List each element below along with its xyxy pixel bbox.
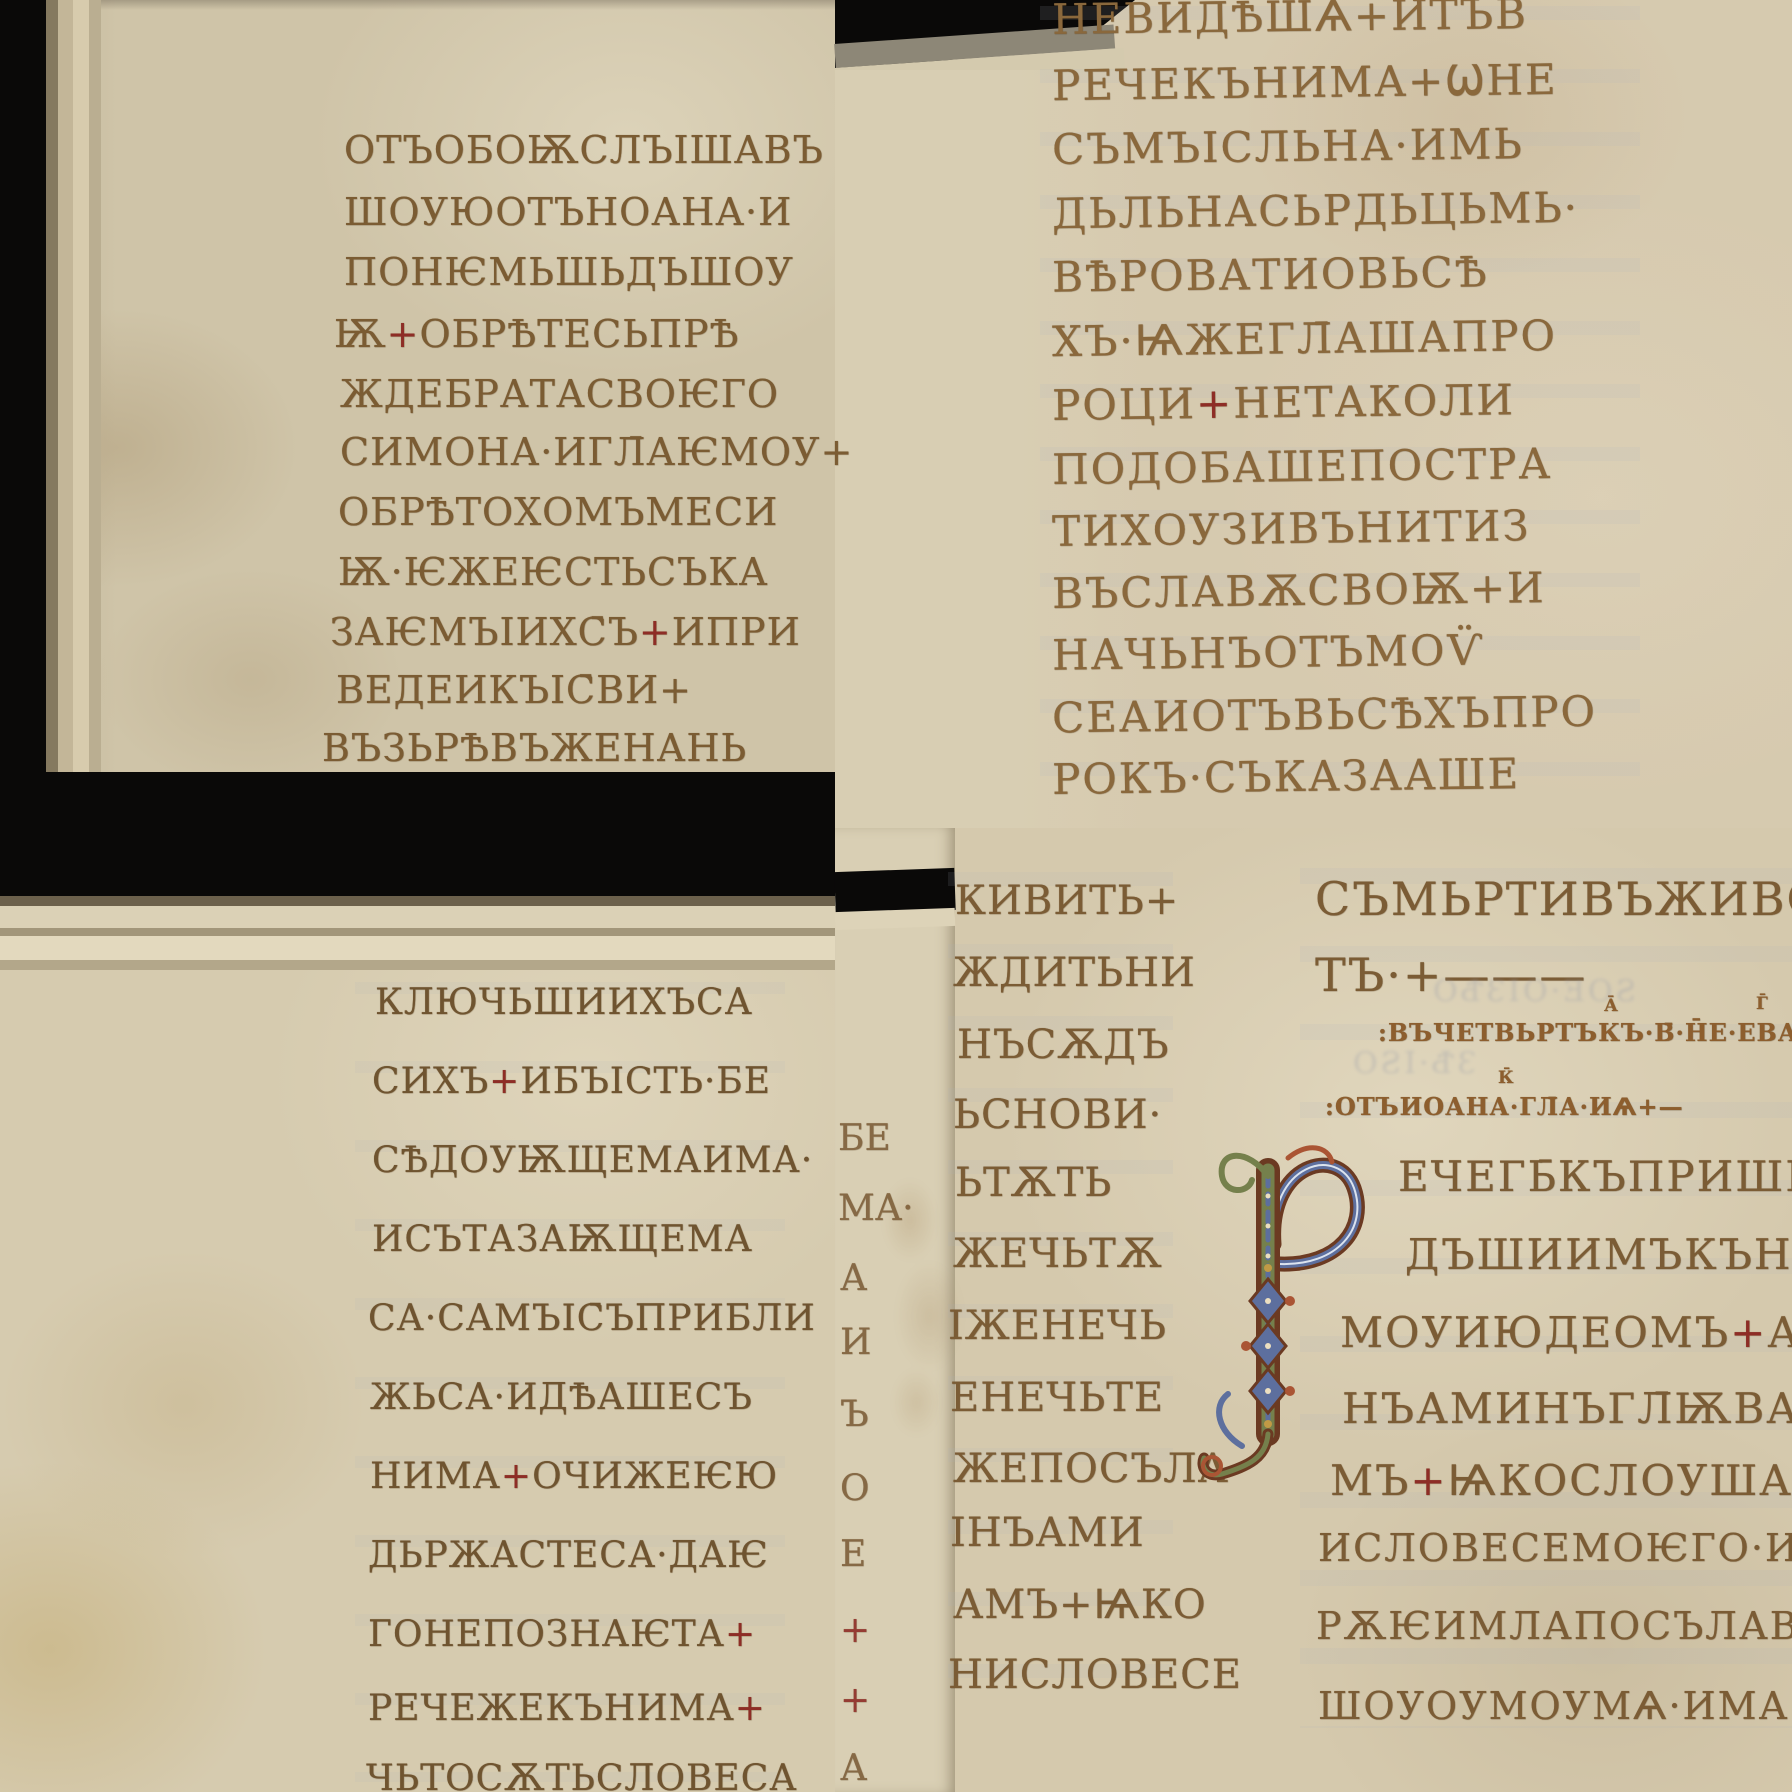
text-line: ЬТѪТЬ <box>955 1160 1112 1206</box>
text-line: СѢДОУѬЩЕМАИМА· <box>372 1140 813 1181</box>
text-line: ДЬРЖАСТЕСА·ДАѤ <box>368 1535 769 1576</box>
text-span: МЪ <box>1330 1456 1410 1505</box>
text-span: НИМА <box>370 1456 501 1497</box>
text-line: НИМА+ОЧИЖЕѤЮ <box>370 1456 778 1497</box>
text-span: ИПРИ <box>672 610 801 654</box>
text-span: ИБЪІСТЬ·БЕ <box>520 1061 771 1102</box>
page-edge-strip <box>58 0 73 772</box>
text-line: ЖДИТЬНИ <box>953 950 1196 996</box>
text-line: ПОНѤМЬШЬДЪШОУ <box>344 250 794 294</box>
text-line: ЬСНОВИ· <box>953 1092 1162 1138</box>
text-span: Ѭ <box>334 312 387 356</box>
text-span: ЗАѤМЪІИХС̄Ъ <box>330 610 639 654</box>
text-line: ЖЕЧЬТѪ <box>953 1231 1163 1277</box>
red-cross-mark: + <box>489 1061 520 1102</box>
edge-fragment: О <box>840 1468 870 1509</box>
text-line: ЕЧЕГЬ̄КЪПРИШЬ <box>1398 1152 1792 1201</box>
text-line: ЧЬТОСѪТЬСЛОВЕСА <box>366 1758 798 1792</box>
black-backdrop-left <box>0 0 46 772</box>
red-cross-mark: + <box>501 1456 532 1497</box>
text-line: ХЪ·ѨЖЕГЛ̄АШАПРО <box>1052 311 1557 366</box>
text-line: РОКЪ·СЪКАЗААШЕ <box>1052 749 1521 804</box>
text-line: ВЪСЛАВѪСВОѬ+И <box>1052 563 1546 618</box>
rubric-superscript: К̄ <box>1498 1068 1513 1088</box>
rubric-superscript: Г̄ <box>1756 994 1768 1014</box>
page-edge-strip <box>0 936 835 960</box>
text-span: ГОНЕПОЗНАѤТА <box>368 1614 725 1655</box>
text-line: НАЧЬНЪОТЪМОѴ̈ <box>1052 625 1485 679</box>
text-span: ОБРѢТЕСЬПРѢ <box>419 312 739 356</box>
text-line: ПОДОБАШЕПОСТРА <box>1052 439 1553 494</box>
text-line: ШОУЮОТЪНОАНА·И <box>344 190 792 234</box>
edge-fragment-red-cross: + <box>840 1610 870 1651</box>
text-line: ШОУОУМОУМѦ·ИМА <box>1318 1684 1789 1728</box>
text-line: МЪ+ѨКОСЛОУШАѨ <box>1330 1456 1792 1505</box>
black-backdrop-gutter <box>834 868 955 914</box>
text-line: ЕНЕЧЬТЕ <box>950 1375 1164 1421</box>
text-line: СИМОНА·ИГЛ̄АѤМОУ+ <box>340 430 853 474</box>
text-span: НЕТАКОЛИ <box>1233 375 1515 427</box>
edge-fragment-red-cross: + <box>840 1680 870 1721</box>
page-edge-strip <box>89 0 101 772</box>
text-line: РЕЧЕЖЕКЪНИМА+ <box>368 1688 766 1729</box>
text-line: СЕАИОТЪВЬСѢХЪПРО <box>1052 687 1597 743</box>
red-cross-mark: + <box>387 312 420 356</box>
page-edge-strip <box>0 928 835 936</box>
red-cross-mark: + <box>725 1614 756 1655</box>
text-line: СЪМЬРТИВЪЖИВО <box>1315 872 1792 926</box>
text-line: НЪСѪДЪ <box>957 1022 1170 1068</box>
text-line: КЛЮЧЬШИИХЪСА <box>375 982 753 1023</box>
text-span: СИХЪ <box>372 1061 489 1102</box>
text-line: СЪМЪІСЛЬНА·ИМЬ <box>1052 119 1524 174</box>
text-line: ІНЪАМИ <box>950 1510 1145 1556</box>
text-span: РЕЧЕЖЕКЪНИМА <box>368 1688 735 1729</box>
text-span: ОЧИЖЕѤЮ <box>532 1456 778 1497</box>
text-line: ОБРѢТОХОМЪМЕСИ <box>338 490 778 534</box>
text-line: ДЪШИИМЪКЪНЕ <box>1405 1230 1792 1279</box>
edge-fragment: И <box>840 1322 871 1363</box>
edge-fragment: Ъ <box>840 1394 869 1435</box>
text-line: НИСЛОВЕСЕ <box>948 1652 1242 1698</box>
text-line: ИСЛОВЕСЕМОѤГО·ИВѢ <box>1318 1526 1792 1570</box>
text-line: ОТЪОБОѬСЛЪІШАВЪ <box>344 128 824 172</box>
page-edge-shadow <box>101 0 835 10</box>
red-cross-mark: + <box>639 610 672 654</box>
text-line: АМЪ+ѨКО <box>953 1582 1207 1628</box>
text-line: НЕВИДѢШѦ+ИТЪВ <box>1052 0 1528 44</box>
edge-fragment: А <box>840 1258 867 1299</box>
text-line: ДЬЛЬНАСЬРДЬЦЬМЬ· <box>1052 183 1580 238</box>
text-line: ТИХОУЗИВЪНИТИЗ <box>1052 501 1531 556</box>
text-line: ІЖЕНЕЧЬ <box>948 1303 1167 1349</box>
text-line: СА·САМЪІС̄ЪПРИБЛИ <box>368 1298 816 1339</box>
text-line: ЖДЕБРАТАСВОѤГО <box>340 372 779 416</box>
text-line: РѪѤИМЛАПОСЪЛАВЪ <box>1316 1604 1792 1648</box>
text-line: Ѭ·ѤЖЕѤСТЬСЪКА <box>338 550 768 594</box>
bleed-through-text: ЅОЕ·ОІЗѢО <box>1430 974 1636 1009</box>
edge-fragment: А <box>840 1748 867 1789</box>
page-edge-strip <box>73 0 89 772</box>
page-edge-strip <box>0 960 835 970</box>
text-line: НЪАМИНЪГЛ̄ѬВА <box>1342 1384 1792 1433</box>
text-line: РЕЧЕКЪНИМА+ѠНЕ <box>1052 55 1558 110</box>
text-line: КИВИТЬ+ <box>955 878 1179 924</box>
text-span: РОЦИ <box>1052 379 1197 430</box>
bleed-through-text: ЗѢ·ІЅО <box>1350 1046 1476 1081</box>
red-cross-mark: + <box>735 1688 766 1729</box>
text-line: ВЪЗЬРѢВЪЖЕНАНЬ <box>322 726 747 770</box>
text-line: ВЕДЕИКЪІС̄ВИ+ <box>336 668 692 712</box>
red-cross-mark: + <box>1730 1308 1767 1357</box>
rubric-gospel-reference: :ОТЪИОАНА·ГЛ̄А·ИѦ+— <box>1325 1092 1684 1121</box>
text-line: СИХЪ+ИБЪІСТЬ·БЕ <box>372 1061 771 1102</box>
edge-fragment: МА· <box>838 1188 914 1229</box>
rubric-lection-heading: :ВЪЧЕТВЬРТЪКЪ·В̄·Н̄Е·ЕВАН· <box>1378 1018 1792 1047</box>
manuscript-collage: ОТЪОБОѬСЛЪІШАВЪ ШОУЮОТЪНОАНА·И ПОНѤМЬШЬД… <box>0 0 1792 1792</box>
page-edge-strip <box>0 896 835 906</box>
text-line: Ѭ+ОБРѢТЕСЬПРѢ <box>334 312 740 356</box>
text-span: МОУИЮДЕОМЪ <box>1340 1308 1730 1357</box>
red-cross-mark: + <box>1410 1456 1447 1505</box>
page-edge-strip <box>0 906 835 928</box>
text-span: ѨКОСЛОУШАѨ <box>1448 1456 1792 1505</box>
edge-fragment: Е <box>840 1534 866 1575</box>
text-line: ЗАѤМЪІИХС̄Ъ+ИПРИ <box>330 610 801 654</box>
text-line: ВѢРОВАТИОВЬСѢ <box>1052 247 1489 301</box>
text-line: РОЦИ+НЕТАКОЛИ <box>1052 375 1515 430</box>
text-line: МОУИЮДЕОМЪ+АМИ <box>1340 1308 1792 1357</box>
text-span: АМИ <box>1767 1308 1792 1357</box>
text-line: ИСЪТАЗАѬЩЕМА <box>372 1219 753 1260</box>
red-cross-mark: + <box>1196 379 1234 428</box>
black-backdrop-bottom-left <box>0 772 835 896</box>
page-edge-strip <box>46 0 58 772</box>
text-line: ЖЬСА·ИДѢАШЕСЪ <box>370 1377 753 1418</box>
edge-fragment: БЕ <box>838 1118 891 1159</box>
text-line: ГОНЕПОЗНАѤТА+ <box>368 1614 756 1655</box>
